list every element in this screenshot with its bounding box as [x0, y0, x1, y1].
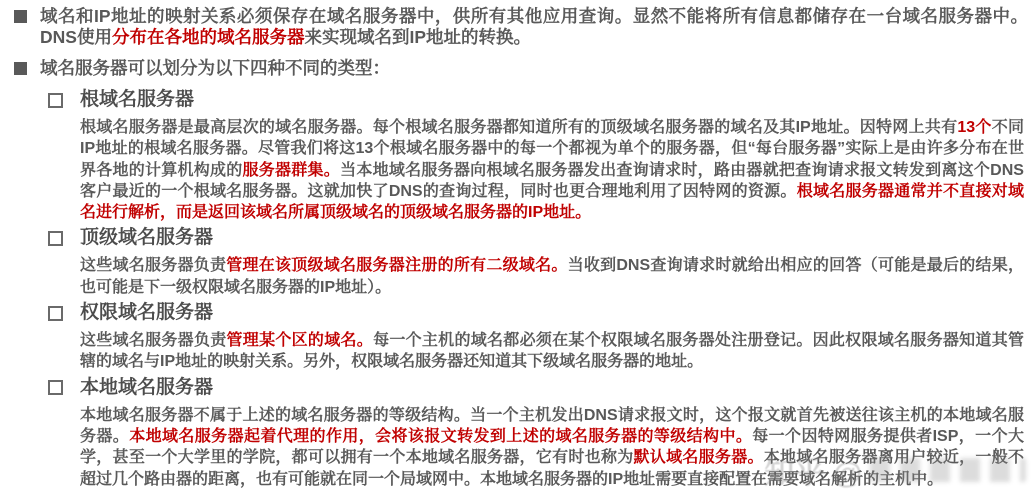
- section-heading: 权限域名服务器: [80, 302, 213, 324]
- highlighted-text: 分布在各地的域名服务器: [112, 27, 305, 47]
- top-bullet-text: 域名和IP地址的映射关系必须保存在域名服务器中，供所有其他应用查询。显然不能将所…: [40, 6, 1028, 48]
- section-heading-row: 本地域名服务器: [48, 377, 1034, 399]
- filled-square-bullet-icon: [14, 10, 27, 23]
- hollow-square-bullet-icon: [48, 380, 63, 395]
- section-heading: 本地域名服务器: [80, 377, 213, 399]
- body-text-run: 根域名服务器是最高层次的域名服务器。每个根域名服务器都知道所有的顶级域名服务器的…: [80, 119, 957, 136]
- section-heading: 根域名服务器: [80, 89, 194, 111]
- server-type-sections: 根域名服务器根域名服务器是最高层次的域名服务器。每个根域名服务器都知道所有的顶级…: [0, 89, 1034, 490]
- server-type-section: 根域名服务器根域名服务器是最高层次的域名服务器。每个根域名服务器都知道所有的顶级…: [0, 89, 1034, 223]
- highlighted-text: 本地域名服务器起着代理的作用，会将该报文转发到上述的域名服务器的等级结构中。: [129, 428, 752, 445]
- section-heading-row: 顶级域名服务器: [48, 227, 1034, 249]
- top-bullet-item: 域名服务器可以划分为以下四种不同的类型：: [14, 58, 1034, 79]
- section-paragraph: 根域名服务器是最高层次的域名服务器。每个根域名服务器都知道所有的顶级域名服务器的…: [80, 117, 1024, 223]
- top-bullet-list: 域名和IP地址的映射关系必须保存在域名服务器中，供所有其他应用查询。显然不能将所…: [0, 6, 1034, 79]
- top-bullet-item: 域名和IP地址的映射关系必须保存在域名服务器中，供所有其他应用查询。显然不能将所…: [14, 6, 1034, 48]
- server-type-section: 本地域名服务器本地域名服务器不属于上述的域名服务器的等级结构。当一个主机发出DN…: [0, 377, 1034, 490]
- hollow-square-bullet-icon: [48, 93, 63, 108]
- hollow-square-bullet-icon: [48, 306, 63, 321]
- highlighted-text: 服务器群集。: [243, 162, 341, 179]
- server-type-section: 顶级域名服务器这些域名服务器负责管理在该顶级域名服务器注册的所有二级域名。当收到…: [0, 227, 1034, 298]
- body-text-run: 来实现域名到IP地址的转换。: [304, 27, 531, 47]
- filled-square-bullet-icon: [14, 62, 27, 75]
- server-type-section: 权限域名服务器这些域名服务器负责管理某个区的域名。每一个主机的域名都必须在某个权…: [0, 302, 1034, 373]
- highlighted-text: 管理在该顶级域名服务器注册的所有二级域名。: [226, 257, 567, 274]
- section-paragraph: 本地域名服务器不属于上述的域名服务器的等级结构。当一个主机发出DNS请求报文时，…: [80, 405, 1024, 490]
- highlighted-text: 默认域名服务器。: [634, 449, 764, 466]
- body-text-run: 这些域名服务器负责: [80, 257, 226, 274]
- dns-name-server-slide: 域名和IP地址的映射关系必须保存在域名服务器中，供所有其他应用查询。显然不能将所…: [0, 0, 1034, 500]
- highlighted-text: 管理某个区的域名。: [227, 332, 374, 349]
- highlighted-text: 13个: [957, 119, 991, 136]
- section-paragraph: 这些域名服务器负责管理某个区的域名。每一个主机的域名都必须在某个权限域名服务器处…: [80, 330, 1024, 373]
- hollow-square-bullet-icon: [48, 231, 63, 246]
- section-heading-row: 根域名服务器: [48, 89, 1034, 111]
- section-paragraph: 这些域名服务器负责管理在该顶级域名服务器注册的所有二级域名。当收到DNS查询请求…: [80, 255, 1024, 298]
- section-heading-row: 权限域名服务器: [48, 302, 1034, 324]
- body-text-run: 这些域名服务器负责: [80, 332, 227, 349]
- top-bullet-text: 域名服务器可以划分为以下四种不同的类型：: [40, 58, 1028, 79]
- body-text-run: 域名服务器可以划分为以下四种不同的类型：: [40, 58, 390, 78]
- section-heading: 顶级域名服务器: [80, 227, 213, 249]
